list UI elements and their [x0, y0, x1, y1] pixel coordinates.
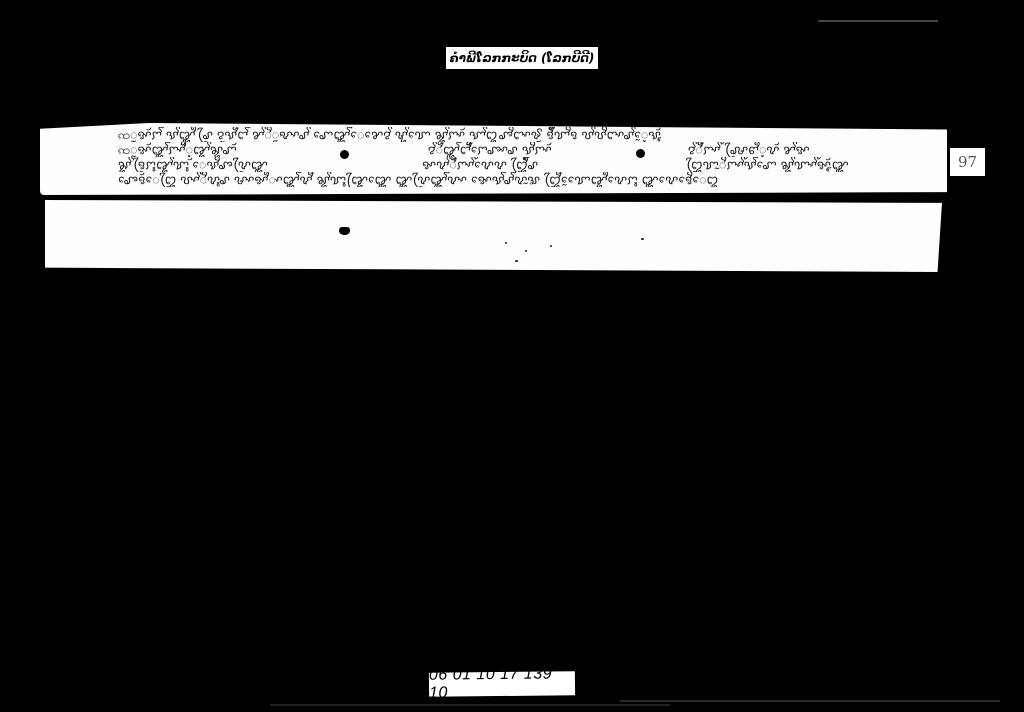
scan-artifact [620, 700, 1000, 702]
scan-artifact [270, 704, 670, 706]
speckle [550, 245, 552, 247]
inscription-segment: ꨙꨩꨅꨴꨆꨶꨑꨩꨢꨶ ꨮꨯꨕꨪꨨꨖꨴꨒ [118, 157, 312, 172]
inscription-segment: ꩡꨭꨀꨮꨆꨱ ꨕꨩꨒꨫꨣꨴ ꨂꨭꨕꨬꨤꨱ ꨌꨩꨪꨵꨦꨳꨣꨩ ꨚꨯꨒꨱꨪꨯꨌꨯꨂꨩ… [118, 127, 661, 142]
string-hole-right [636, 149, 645, 158]
palm-leaf-blank [45, 200, 942, 272]
catalog-id-label: 06 01 10 17 139 10 [429, 671, 575, 697]
manuscript-title-label: ຄຳພີໂລກກະບິດ (ໂລກບີດີ) [446, 47, 598, 69]
inscription-segment: ꨨꨯꨅꨮꨯꨁꨴ ꨝꨳꨮꨩꨪꨖꨶꨣ ꨔꨳꨀꨫꨳꨒꨱꨖꨬ ꨘꨩꨢꨶꨑꨴꨒꨯ ꨒꨖꨴꨒ… [118, 172, 718, 187]
string-hole [339, 227, 350, 235]
inscription-segment: ꩡꨭꨀꨮꨒꨱꨆꨳꨮꨪꨶꨑꨩꨘꨚꨮ [118, 142, 328, 157]
string-hole-left [340, 150, 349, 159]
speckle [525, 250, 527, 252]
inscription-segment: ꨁꨴꨢꨭꨪꨆꨳꨮꨩꨕꨱꨚꨯ ꨘꨩꨢꨳꨮꨩꨀꨵꨮꨒ [686, 157, 948, 172]
speckle [641, 238, 644, 240]
speckle [515, 260, 518, 262]
scan-artifact [818, 20, 938, 22]
page-number-label: 97 [950, 148, 985, 176]
speckle [505, 242, 507, 244]
inscription-segment: ꨂꨩꨬꨒꨱꨤꨬꨮꨪꨆꨯꨨꨳꨣ ꨕꨪꨆꨳꨮ [428, 142, 628, 157]
inscription-gap [328, 142, 388, 157]
inscription-segment: ꨂꨩꨬꨪꨆꨳꨮꨩꨜꨴꨓꨫꨶꨖꨮ ꨌꨩꨀ [688, 142, 928, 157]
inscription-line-2: ꩡꨭꨀꨮꨒꨱꨆꨳꨮꨪꨶꨑꨩꨘꨚꨮ ꨂꨩꨬꨒꨱꨤꨬꨮꨪꨆꨯꨨꨳꨣ ꨕꨪꨆꨳꨮ ꨂꨩ… [118, 142, 948, 157]
inscription-text: ꩡꨭꨀꨮꨆꨱ ꨕꨩꨒꨫꨣꨴ ꨂꨭꨕꨬꨤꨱ ꨌꨩꨪꨵꨦꨳꨣꨩ ꨚꨯꨒꨱꨪꨯꨌꨯꨂꨩ… [118, 127, 948, 187]
inscription-line-1: ꩡꨭꨀꨮꨆꨱ ꨕꨩꨒꨫꨣꨴ ꨂꨭꨕꨬꨤꨱ ꨌꨩꨪꨵꨦꨳꨣꨩ ꨚꨯꨒꨱꨪꨯꨌꨯꨂꨩ… [118, 127, 948, 142]
inscription-line-4: ꨨꨯꨅꨮꨯꨁꨴ ꨝꨳꨮꨩꨪꨖꨶꨣ ꨔꨳꨀꨫꨳꨒꨱꨖꨬ ꨘꨩꨢꨶꨑꨴꨒꨯ ꨒꨖꨴꨒ… [118, 172, 948, 187]
inscription-segment: ꨀꨖꨩꨫꨮꨆꨳꨮꨩꨖꨯꨖ ꨁꨴꨫꨱꨣ [422, 157, 626, 172]
inscription-line-3: ꨙꨩꨅꨴꨆꨶꨑꨩꨢꨶ ꨮꨯꨕꨪꨨꨖꨴꨒ ꨀꨖꨩꨫꨮꨆꨳꨮꨩꨖꨯꨖ ꨁꨴꨫꨱꨣ ꨁ… [118, 157, 948, 172]
palm-leaf-inscribed: ꩡꨭꨀꨮꨆꨱ ꨕꨩꨒꨫꨣꨴ ꨂꨭꨕꨬꨤꨱ ꨌꨩꨪꨵꨦꨳꨣꨩ ꨚꨯꨒꨱꨪꨯꨌꨯꨂꨩ… [40, 123, 947, 195]
